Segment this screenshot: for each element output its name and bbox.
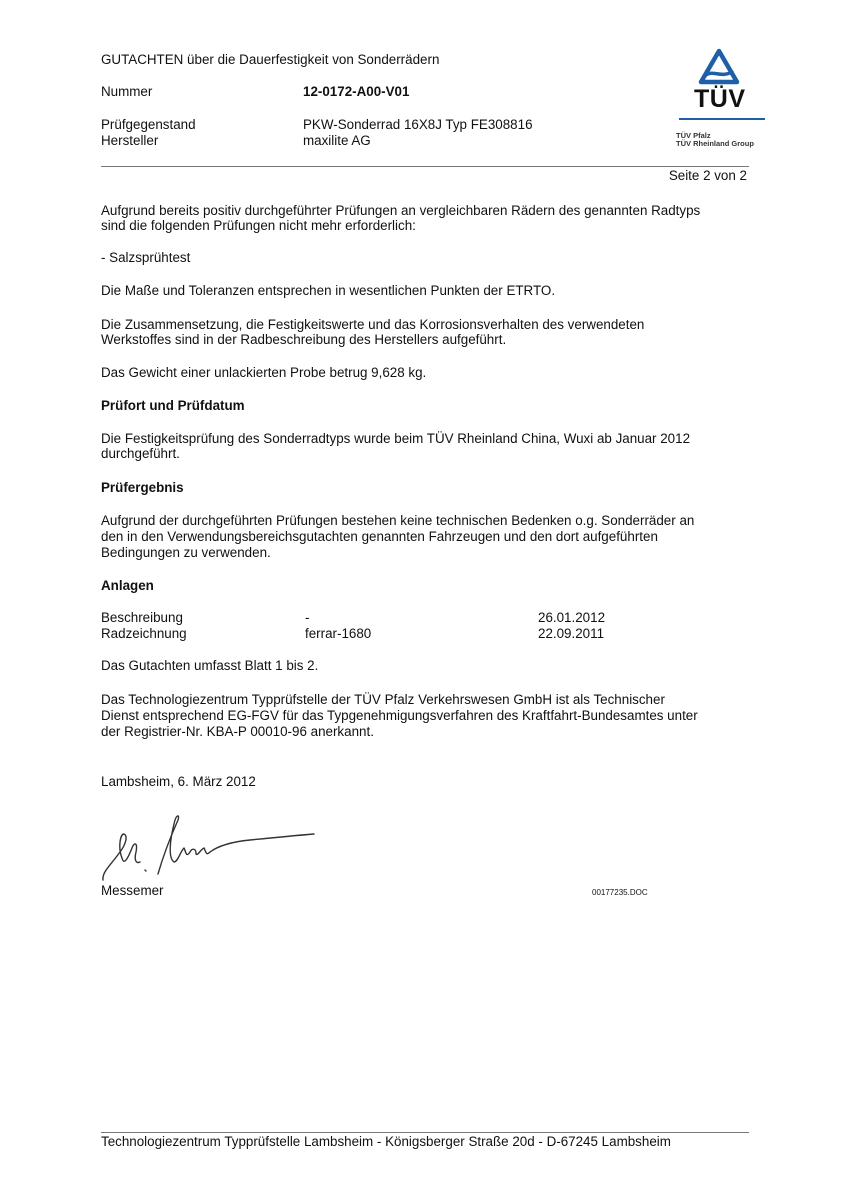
heading-pruefort: Prüfort und Prüfdatum — [101, 398, 245, 414]
paragraph-1-line-2: sind die folgenden Prüfungen nicht mehr … — [101, 218, 416, 234]
bullet-salzspruehtest: - Salzsprühtest — [101, 250, 190, 266]
pruefgegenstand-value: PKW-Sonderrad 16X8J Typ FE308816 — [303, 117, 533, 133]
nummer-label: Nummer — [101, 84, 152, 100]
paragraph-3-line-1: Die Zusammensetzung, die Festigkeitswert… — [101, 317, 644, 333]
anlage-name: Radzeichnung — [101, 626, 187, 642]
anlage-date: 22.09.2011 — [538, 626, 604, 642]
heading-pruefergebnis: Prüfergebnis — [101, 480, 184, 496]
paragraph-2: Die Maße und Toleranzen entsprechen in w… — [101, 283, 555, 299]
heading-anlagen: Anlagen — [101, 578, 154, 594]
paragraph-7: Das Gutachten umfasst Blatt 1 bis 2. — [101, 658, 318, 674]
paragraph-8-line-3: der Registrier-Nr. KBA-P 00010-96 anerka… — [101, 724, 374, 740]
anlage-name: Beschreibung — [101, 610, 183, 626]
paragraph-5-line-1: Die Festigkeitsprüfung des Sonderradtyps… — [101, 431, 690, 447]
place-date: Lambsheim, 6. März 2012 — [101, 774, 256, 790]
paragraph-8-line-2: Dienst entsprechend EG-FGV für das Typge… — [101, 708, 698, 724]
paragraph-6-line-3: Bedingungen zu verwenden. — [101, 545, 271, 561]
signature-icon — [100, 808, 320, 886]
paragraph-3-line-2: Werkstoffes sind in der Radbeschreibung … — [101, 332, 506, 348]
document-reference: 00177235.DOC — [592, 885, 648, 901]
paragraph-1-line-1: Aufgrund bereits positiv durchgeführter … — [101, 203, 700, 219]
hersteller-value: maxilite AG — [303, 133, 371, 149]
anlage-ref: - — [305, 610, 309, 626]
page-indicator: Seite 2 von 2 — [669, 168, 747, 184]
tuv-logo: TÜV TÜV Pfalz TÜV Rheinland Group — [676, 48, 776, 158]
paragraph-6-line-2: den in den Verwendungsbereichsgutachten … — [101, 529, 658, 545]
paragraph-4: Das Gewicht einer unlackierten Probe bet… — [101, 365, 426, 381]
document-title: GUTACHTEN über die Dauerfestigkeit von S… — [101, 52, 439, 68]
logo-underline — [679, 118, 765, 120]
header-divider — [101, 166, 749, 167]
logo-text: TÜV — [694, 85, 746, 114]
nummer-value: 12-0172-A00-V01 — [303, 84, 409, 100]
footer-divider — [101, 1132, 749, 1133]
footer-address: Technologiezentrum Typprüfstelle Lambshe… — [101, 1134, 671, 1150]
hersteller-label: Hersteller — [101, 133, 158, 149]
tuv-triangle-logo-icon — [697, 48, 741, 86]
logo-sub-group: TÜV Rheinland Group — [676, 140, 754, 148]
anlage-date: 26.01.2012 — [538, 610, 605, 626]
paragraph-5-line-2: durchgeführt. — [101, 446, 180, 462]
pruefgegenstand-label: Prüfgegenstand — [101, 117, 196, 133]
paragraph-8-line-1: Das Technologiezentrum Typprüfstelle der… — [101, 692, 665, 708]
signer-name: Messemer — [101, 883, 164, 899]
paragraph-6-line-1: Aufgrund der durchgeführten Prüfungen be… — [101, 513, 694, 529]
anlage-ref: ferrar-1680 — [305, 626, 371, 642]
